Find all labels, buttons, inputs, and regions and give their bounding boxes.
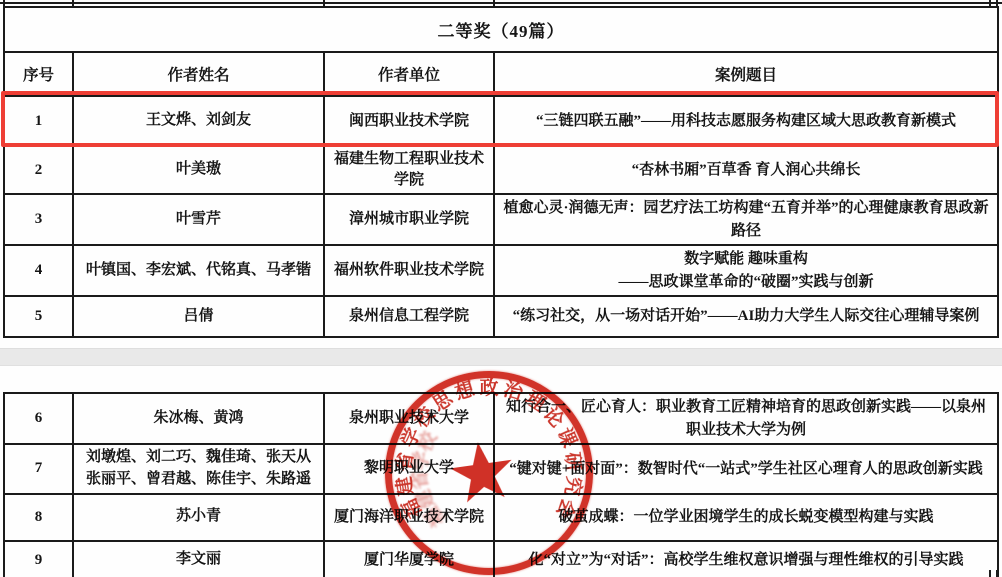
author-unit: 泉州职业技术大学	[324, 393, 494, 444]
author-names: 叶雪芹	[73, 194, 324, 245]
serial-number: 4	[4, 245, 73, 296]
next-row-column-stub	[989, 570, 991, 577]
next-row-column-stub	[72, 570, 74, 577]
next-row-column-stub	[323, 570, 325, 577]
column-header-0: 序号	[4, 52, 73, 96]
scanned-award-document: 二等奖（49篇） 序号作者姓名作者单位案例题目 1王文烨、刘剑友闽西职业技术学院…	[0, 0, 1002, 577]
serial-number: 7	[4, 444, 73, 494]
table-row: 2叶美璈福建生物工程职业技术学院“杏林书厢”百草香 育人润心共绵长	[4, 146, 998, 194]
page-separator-band	[0, 348, 1002, 366]
table-row: 7刘墩煌、刘二巧、魏佳琦、张天从 张丽平、曾君越、陈佳宇、朱路遥黎明职业大学“键…	[4, 444, 998, 494]
table-row: 5吕倩泉州信息工程学院“练习社交，从一场对话开始”——AI助力大学生人际交往心理…	[4, 296, 998, 337]
previous-row-column-stub	[989, 0, 991, 6]
section-title-row: 二等奖（49篇）	[4, 7, 998, 52]
serial-number: 5	[4, 296, 73, 337]
serial-number: 9	[4, 541, 73, 577]
previous-row-column-stub	[3, 0, 5, 6]
next-row-column-stub	[996, 570, 998, 577]
case-title: 化“对立”为“对话”：高校学生维权意识增强与理性维权的引导实践	[494, 541, 998, 577]
award-table-page1: 二等奖（49篇） 序号作者姓名作者单位案例题目 1王文烨、刘剑友闽西职业技术学院…	[3, 6, 999, 338]
author-names: 刘墩煌、刘二巧、魏佳琦、张天从 张丽平、曾君越、陈佳宇、朱路遥	[73, 444, 324, 494]
section-title: 二等奖（49篇）	[4, 7, 998, 52]
table-row: 4叶镇国、李宏斌、代铭真、马孝锴福州软件职业技术学院数字赋能 趣味重构 ——思政…	[4, 245, 998, 296]
previous-row-column-stub	[996, 0, 998, 6]
previous-row-column-stub	[323, 0, 325, 6]
serial-number: 2	[4, 146, 73, 194]
case-title: 数字赋能 趣味重构 ——思政课堂革命的“破圈”实践与创新	[494, 245, 998, 296]
previous-table-bottom-line	[0, 2, 1002, 4]
serial-number: 6	[4, 393, 73, 444]
table-header-row: 序号作者姓名作者单位案例题目	[4, 52, 998, 96]
table-row: 9李文丽厦门华厦学院化“对立”为“对话”：高校学生维权意识增强与理性维权的引导实…	[4, 541, 998, 577]
next-row-column-stub	[3, 570, 5, 577]
serial-number: 3	[4, 194, 73, 245]
row1-highlight-box	[1, 91, 999, 147]
case-title: “练习社交，从一场对话开始”——AI助力大学生人际交往心理辅导案例	[494, 296, 998, 337]
previous-row-column-stub	[493, 0, 495, 6]
author-unit: 泉州信息工程学院	[324, 296, 494, 337]
author-names: 叶美璈	[73, 146, 324, 194]
case-title: 知行合一、匠心育人：职业教育工匠精神培育的思政创新实践——以泉州职业技术大学为例	[494, 393, 998, 444]
next-row-column-stub	[493, 570, 495, 577]
table-row: 8苏小青厦门海洋职业技术学院破茧成蝶：一位学业困境学生的成长蜕变模型构建与实践	[4, 494, 998, 541]
case-title: 破茧成蝶：一位学业困境学生的成长蜕变模型构建与实践	[494, 494, 998, 541]
author-names: 吕倩	[73, 296, 324, 337]
author-unit: 福州软件职业技术学院	[324, 245, 494, 296]
case-title: “键对键+面对面”：数智时代“一站式”学生社区心理育人的思政创新实践	[494, 444, 998, 494]
previous-row-column-stub	[72, 0, 74, 6]
author-unit: 黎明职业大学	[324, 444, 494, 494]
author-names: 朱冰梅、黄鸿	[73, 393, 324, 444]
author-unit: 厦门华厦学院	[324, 541, 494, 577]
column-header-3: 案例题目	[494, 52, 998, 96]
award-table-page2: 6朱冰梅、黄鸿泉州职业技术大学知行合一、匠心育人：职业教育工匠精神培育的思政创新…	[3, 392, 999, 577]
author-unit: 厦门海洋职业技术学院	[324, 494, 494, 541]
serial-number: 8	[4, 494, 73, 541]
case-title: “杏林书厢”百草香 育人润心共绵长	[494, 146, 998, 194]
table-row: 6朱冰梅、黄鸿泉州职业技术大学知行合一、匠心育人：职业教育工匠精神培育的思政创新…	[4, 393, 998, 444]
column-header-2: 作者单位	[324, 52, 494, 96]
author-unit: 福建生物工程职业技术学院	[324, 146, 494, 194]
author-unit: 漳州城市职业学院	[324, 194, 494, 245]
table-row: 3叶雪芹漳州城市职业学院植愈心灵·润德无声：园艺疗法工坊构建“五育并举”的心理健…	[4, 194, 998, 245]
author-names: 苏小青	[73, 494, 324, 541]
case-title: 植愈心灵·润德无声：园艺疗法工坊构建“五育并举”的心理健康教育思政新路径	[494, 194, 998, 245]
author-names: 叶镇国、李宏斌、代铭真、马孝锴	[73, 245, 324, 296]
author-names: 李文丽	[73, 541, 324, 577]
column-header-1: 作者姓名	[73, 52, 324, 96]
